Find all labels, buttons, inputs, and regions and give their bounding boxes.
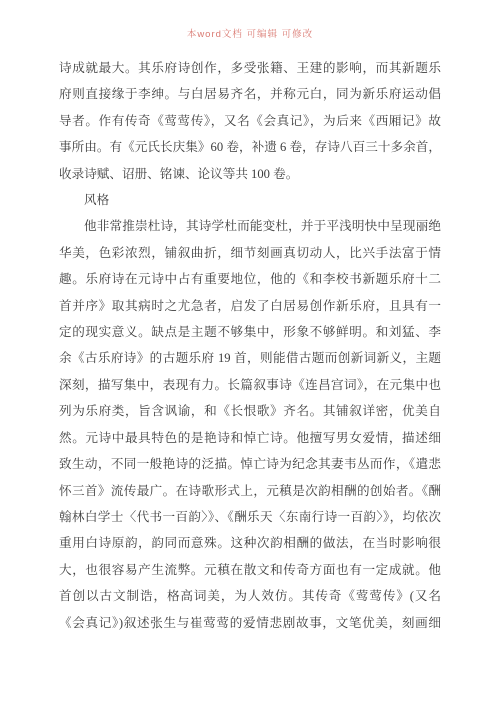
text-line: 然。元诗中最具特色的是艳诗和悼亡诗。他擅写男女爱情，描述细: [59, 425, 441, 451]
document-body: 诗成就最大。其乐府诗创作，多受张籍、王建的影响，而其新题乐府则直接缘于李绅。与白…: [59, 55, 441, 636]
text-line: 《会真记》)叙述张生与崔莺莺的爱情悲剧故事，文笔优美，刻画细: [59, 610, 441, 636]
text-line: 重用白诗原韵，韵同而意殊。这种次韵相酬的做法，在当时影响很: [59, 530, 441, 556]
text-line: 府则直接缘于李绅。与白居易齐名，并称元白，同为新乐府运动倡: [59, 81, 441, 107]
text-line: 他非常推崇杜诗，其诗学杜而能变杜，并于平浅明快中呈现丽绝: [59, 213, 441, 239]
text-line: 首并序》取其病时之尤急者，启发了白居易创作新乐府，且具有一: [59, 293, 441, 319]
text-line: 列为乐府类，旨含讽谕，和《长恨歌》齐名。其铺叙详密，优美自: [59, 398, 441, 424]
text-line: 事所由。有《元氏长庆集》60 卷，补遗 6 卷，存诗八百三十多余首，: [59, 134, 441, 160]
document-page: 本word文档 可编辑 可修改 诗成就最大。其乐府诗创作，多受张籍、王建的影响，…: [0, 0, 500, 708]
text-line: 华美，色彩浓烈，铺叙曲折，细节刻画真切动人，比兴手法富于情: [59, 240, 441, 266]
text-line: 翰林白学士〈代书一百韵〉》、《酬乐天〈东南行诗一百韵〉》，均依次: [59, 504, 441, 530]
text-line: 收录诗赋、诏册、铭谏、论议等共 100 卷。: [59, 161, 441, 187]
text-line: 诗成就最大。其乐府诗创作，多受张籍、王建的影响，而其新题乐: [59, 55, 441, 81]
text-line: 深刻，描写集中，表现有力。长篇叙事诗《连昌宫词》，在元集中也: [59, 372, 441, 398]
editable-watermark-notice: 本word文档 可编辑 可修改: [0, 26, 500, 40]
text-line: 导者。作有传奇《莺莺传》，又名《会真记》，为后来《西厢记》故: [59, 108, 441, 134]
text-line: 趣。乐府诗在元诗中占有重要地位，他的《和李校书新题乐府十二: [59, 266, 441, 292]
text-line: 余《古乐府诗》的古题乐府 19 首，则能借古题而创新词新义，主题: [59, 345, 441, 371]
text-line: 致生动，不同一般艳诗的泛描。悼亡诗为纪念其妻韦丛而作，《遣悲: [59, 451, 441, 477]
text-line: 首创以古文制诰，格高词美，为人效仿。其传奇《莺莺传》(又名: [59, 583, 441, 609]
text-line: 定的现实意义。缺点是主题不够集中，形象不够鲜明。和刘猛、李: [59, 319, 441, 345]
text-line: 风格: [59, 187, 441, 213]
text-line: 大，也很容易产生流弊。元稹在散文和传奇方面也有一定成就。他: [59, 557, 441, 583]
text-line: 怀三首》流传最广。在诗歌形式上，元稹是次韵相酬的创始者。《酬: [59, 478, 441, 504]
